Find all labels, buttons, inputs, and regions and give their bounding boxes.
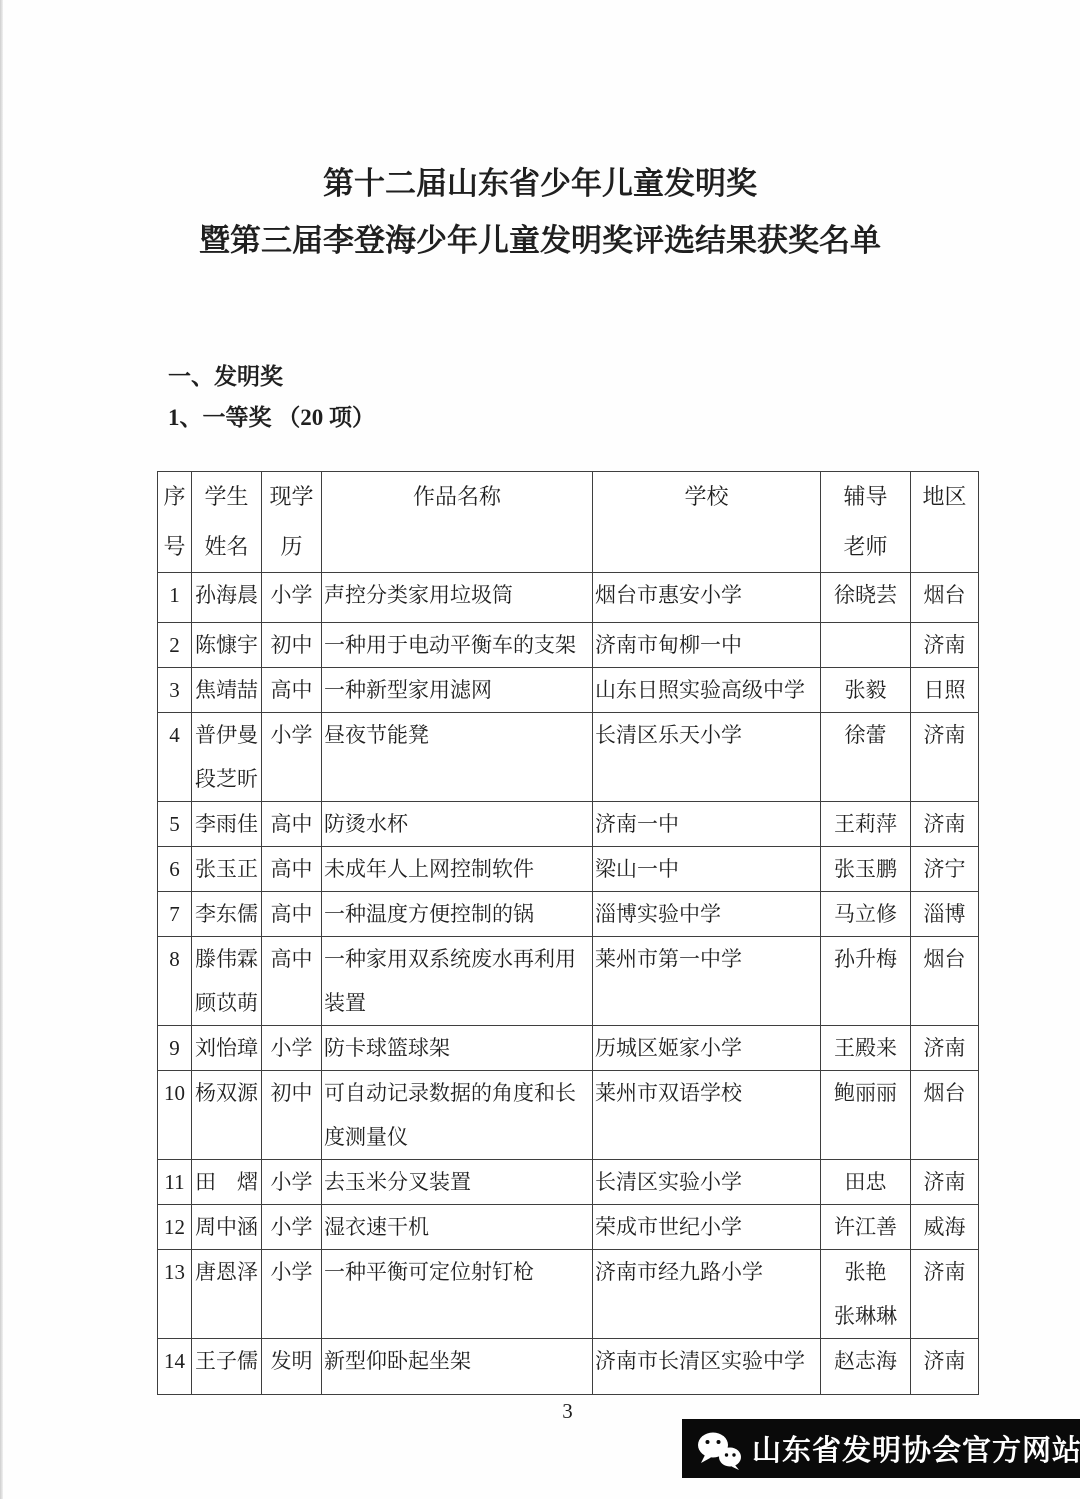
cell-teacher: 王莉萍 bbox=[821, 802, 911, 847]
cell-work-title: 新型仰卧起坐架 bbox=[322, 1339, 593, 1395]
cell-student-name: 刘怡璋 bbox=[192, 1026, 262, 1071]
table-row: 9 刘怡璋 小学 防卡球篮球架 历城区姬家小学 王殿来 济南 bbox=[158, 1026, 979, 1071]
cell-no: 14 bbox=[158, 1339, 192, 1395]
cell-education: 小学 bbox=[262, 1205, 322, 1250]
cell-education: 初中 bbox=[262, 1071, 322, 1160]
cell-work-title: 昼夜节能凳 bbox=[322, 713, 593, 802]
table-row: 13 唐恩泽 小学 一种平衡可定位射钉枪 济南市经九路小学 张艳张琳琳 济南 bbox=[158, 1250, 979, 1339]
cell-school: 莱州市第一中学 bbox=[593, 937, 821, 1026]
cell-student-name: 张玉正 bbox=[192, 847, 262, 892]
cell-school: 济南市经九路小学 bbox=[593, 1250, 821, 1339]
cell-work-title: 一种平衡可定位射钉枪 bbox=[322, 1250, 593, 1339]
cell-teacher: 张艳张琳琳 bbox=[821, 1250, 911, 1339]
header-teacher-line2: 老师 bbox=[823, 522, 908, 572]
header-school-line1: 学校 bbox=[595, 472, 818, 522]
awards-table: 序 号 学生 姓名 现学 历 作品名称 学校 辅导 老师 地区 bbox=[157, 471, 979, 1395]
cell-no: 10 bbox=[158, 1071, 192, 1160]
cell-teacher: 赵志海 bbox=[821, 1339, 911, 1395]
cell-region: 日照 bbox=[911, 668, 979, 713]
cell-school: 莱州市双语学校 bbox=[593, 1071, 821, 1160]
cell-work-title: 一种家用双系统废水再利用装置 bbox=[322, 937, 593, 1026]
table-row: 12 周中涵 小学 湿衣速干机 荣成市世纪小学 许江善 威海 bbox=[158, 1205, 979, 1250]
official-site-bar: 山东省发明协会官方网站 bbox=[682, 1419, 1080, 1478]
cell-school: 历城区姬家小学 bbox=[593, 1026, 821, 1071]
cell-region: 烟台 bbox=[911, 1071, 979, 1160]
cell-work-title: 防卡球篮球架 bbox=[322, 1026, 593, 1071]
cell-region: 烟台 bbox=[911, 937, 979, 1026]
header-student-line2: 姓名 bbox=[194, 522, 259, 572]
cell-education: 发明 bbox=[262, 1339, 322, 1395]
doc-title-line1: 第十二届山东省少年儿童发明奖 bbox=[0, 0, 1080, 202]
header-row: 序 号 学生 姓名 现学 历 作品名称 学校 辅导 老师 地区 bbox=[158, 472, 979, 573]
header-student-name: 学生 姓名 bbox=[192, 472, 262, 573]
subsection-heading: 1、一等奖 （20 项） bbox=[168, 403, 1080, 433]
cell-no: 5 bbox=[158, 802, 192, 847]
cell-education: 初中 bbox=[262, 623, 322, 668]
cell-school: 长清区实验小学 bbox=[593, 1160, 821, 1205]
cell-teacher: 徐晓芸 bbox=[821, 573, 911, 623]
table-row: 8 滕伟霖顾苡萌 高中 一种家用双系统废水再利用装置 莱州市第一中学 孙升梅 烟… bbox=[158, 937, 979, 1026]
cell-student-name: 王子儒 bbox=[192, 1339, 262, 1395]
cell-region: 济南 bbox=[911, 1160, 979, 1205]
cell-school: 烟台市惠安小学 bbox=[593, 573, 821, 623]
cell-no: 6 bbox=[158, 847, 192, 892]
header-teacher-line1: 辅导 bbox=[823, 472, 908, 522]
official-site-label: 山东省发明协会官方网站 bbox=[752, 1428, 1080, 1469]
cell-teacher bbox=[821, 623, 911, 668]
cell-no: 2 bbox=[158, 623, 192, 668]
cell-teacher: 张毅 bbox=[821, 668, 911, 713]
cell-no: 1 bbox=[158, 573, 192, 623]
page-edge-shadow bbox=[0, 0, 3, 1499]
cell-region: 济南 bbox=[911, 1026, 979, 1071]
cell-no: 9 bbox=[158, 1026, 192, 1071]
cell-no: 8 bbox=[158, 937, 192, 1026]
cell-work-title: 防烫水杯 bbox=[322, 802, 593, 847]
cell-school: 山东日照实验高级中学 bbox=[593, 668, 821, 713]
cell-school: 长清区乐天小学 bbox=[593, 713, 821, 802]
cell-student-name: 焦靖喆 bbox=[192, 668, 262, 713]
header-work-title: 作品名称 bbox=[322, 472, 593, 573]
cell-education: 高中 bbox=[262, 847, 322, 892]
cell-work-title: 湿衣速干机 bbox=[322, 1205, 593, 1250]
header-region-line1: 地区 bbox=[913, 472, 976, 522]
section-heading: 一、发明奖 bbox=[168, 362, 1080, 392]
table-row: 11 田 熠 小学 去玉米分叉装置 长清区实验小学 田忠 济南 bbox=[158, 1160, 979, 1205]
table-row: 1 孙海晨 小学 声控分类家用垃圾筒 烟台市惠安小学 徐晓芸 烟台 bbox=[158, 573, 979, 623]
cell-work-title: 一种用于电动平衡车的支架 bbox=[322, 623, 593, 668]
cell-no: 3 bbox=[158, 668, 192, 713]
cell-school: 济南市甸柳一中 bbox=[593, 623, 821, 668]
cell-school: 梁山一中 bbox=[593, 847, 821, 892]
awards-table-header: 序 号 学生 姓名 现学 历 作品名称 学校 辅导 老师 地区 bbox=[158, 472, 979, 573]
cell-education: 小学 bbox=[262, 1026, 322, 1071]
cell-school: 济南一中 bbox=[593, 802, 821, 847]
header-education: 现学 历 bbox=[262, 472, 322, 573]
cell-student-name: 滕伟霖顾苡萌 bbox=[192, 937, 262, 1026]
cell-no: 11 bbox=[158, 1160, 192, 1205]
cell-education: 高中 bbox=[262, 668, 322, 713]
cell-education: 小学 bbox=[262, 1160, 322, 1205]
cell-no: 13 bbox=[158, 1250, 192, 1339]
table-row: 10 杨双源 初中 可自动记录数据的角度和长度测量仪 莱州市双语学校 鲍丽丽 烟… bbox=[158, 1071, 979, 1160]
table-row: 5 李雨佳 高中 防烫水杯 济南一中 王莉萍 济南 bbox=[158, 802, 979, 847]
table-row: 4 普伊曼段芝昕 小学 昼夜节能凳 长清区乐天小学 徐蕾 济南 bbox=[158, 713, 979, 802]
cell-no: 4 bbox=[158, 713, 192, 802]
cell-work-title: 去玉米分叉装置 bbox=[322, 1160, 593, 1205]
table-row: 2 陈慷宇 初中 一种用于电动平衡车的支架 济南市甸柳一中 济南 bbox=[158, 623, 979, 668]
page: { "page": { "title_line1": "第十二届山东省少年儿童发… bbox=[0, 0, 1080, 1499]
cell-student-name: 唐恩泽 bbox=[192, 1250, 262, 1339]
cell-student-name: 周中涵 bbox=[192, 1205, 262, 1250]
header-region: 地区 bbox=[911, 472, 979, 573]
cell-education: 小学 bbox=[262, 573, 322, 623]
cell-region: 济南 bbox=[911, 1339, 979, 1395]
wechat-icon bbox=[694, 1429, 744, 1471]
cell-region: 济南 bbox=[911, 713, 979, 802]
cell-student-name: 李东儒 bbox=[192, 892, 262, 937]
cell-student-name: 田 熠 bbox=[192, 1160, 262, 1205]
cell-school: 荣成市世纪小学 bbox=[593, 1205, 821, 1250]
header-education-line2: 历 bbox=[264, 522, 319, 572]
doc-title-line2: 暨第三届李登海少年儿童发明奖评选结果获奖名单 bbox=[0, 223, 1080, 259]
cell-student-name: 孙海晨 bbox=[192, 573, 262, 623]
header-no: 序 号 bbox=[158, 472, 192, 573]
cell-teacher: 许江善 bbox=[821, 1205, 911, 1250]
awards-table-body: 1 孙海晨 小学 声控分类家用垃圾筒 烟台市惠安小学 徐晓芸 烟台 2 陈慷宇 … bbox=[158, 573, 979, 1395]
cell-region: 济南 bbox=[911, 1250, 979, 1339]
cell-region: 淄博 bbox=[911, 892, 979, 937]
cell-education: 小学 bbox=[262, 713, 322, 802]
header-no-line1: 序 bbox=[160, 472, 189, 522]
cell-work-title: 一种温度方便控制的锅 bbox=[322, 892, 593, 937]
cell-region: 烟台 bbox=[911, 573, 979, 623]
cell-education: 高中 bbox=[262, 892, 322, 937]
cell-no: 7 bbox=[158, 892, 192, 937]
cell-school: 淄博实验中学 bbox=[593, 892, 821, 937]
cell-teacher: 张玉鹏 bbox=[821, 847, 911, 892]
cell-no: 12 bbox=[158, 1205, 192, 1250]
table-row: 7 李东儒 高中 一种温度方便控制的锅 淄博实验中学 马立修 淄博 bbox=[158, 892, 979, 937]
cell-region: 济南 bbox=[911, 623, 979, 668]
header-no-line2: 号 bbox=[160, 522, 189, 572]
cell-teacher: 孙升梅 bbox=[821, 937, 911, 1026]
header-student-line1: 学生 bbox=[194, 472, 259, 522]
header-work-line1: 作品名称 bbox=[324, 472, 590, 522]
cell-student-name: 李雨佳 bbox=[192, 802, 262, 847]
cell-education: 高中 bbox=[262, 937, 322, 1026]
cell-work-title: 未成年人上网控制软件 bbox=[322, 847, 593, 892]
cell-region: 威海 bbox=[911, 1205, 979, 1250]
cell-education: 小学 bbox=[262, 1250, 322, 1339]
cell-education: 高中 bbox=[262, 802, 322, 847]
header-teacher: 辅导 老师 bbox=[821, 472, 911, 573]
cell-teacher: 鲍丽丽 bbox=[821, 1071, 911, 1160]
cell-region: 济宁 bbox=[911, 847, 979, 892]
cell-student-name: 杨双源 bbox=[192, 1071, 262, 1160]
header-education-line1: 现学 bbox=[264, 472, 319, 522]
cell-teacher: 田忠 bbox=[821, 1160, 911, 1205]
cell-school: 济南市长清区实验中学 bbox=[593, 1339, 821, 1395]
cell-student-name: 普伊曼段芝昕 bbox=[192, 713, 262, 802]
cell-region: 济南 bbox=[911, 802, 979, 847]
cell-teacher: 王殿来 bbox=[821, 1026, 911, 1071]
cell-work-title: 声控分类家用垃圾筒 bbox=[322, 573, 593, 623]
cell-teacher: 徐蕾 bbox=[821, 713, 911, 802]
table-row: 6 张玉正 高中 未成年人上网控制软件 梁山一中 张玉鹏 济宁 bbox=[158, 847, 979, 892]
table-row: 14 王子儒 发明 新型仰卧起坐架 济南市长清区实验中学 赵志海 济南 bbox=[158, 1339, 979, 1395]
header-school: 学校 bbox=[593, 472, 821, 573]
table-row: 3 焦靖喆 高中 一种新型家用滤网 山东日照实验高级中学 张毅 日照 bbox=[158, 668, 979, 713]
cell-work-title: 可自动记录数据的角度和长度测量仪 bbox=[322, 1071, 593, 1160]
cell-teacher: 马立修 bbox=[821, 892, 911, 937]
cell-work-title: 一种新型家用滤网 bbox=[322, 668, 593, 713]
cell-student-name: 陈慷宇 bbox=[192, 623, 262, 668]
